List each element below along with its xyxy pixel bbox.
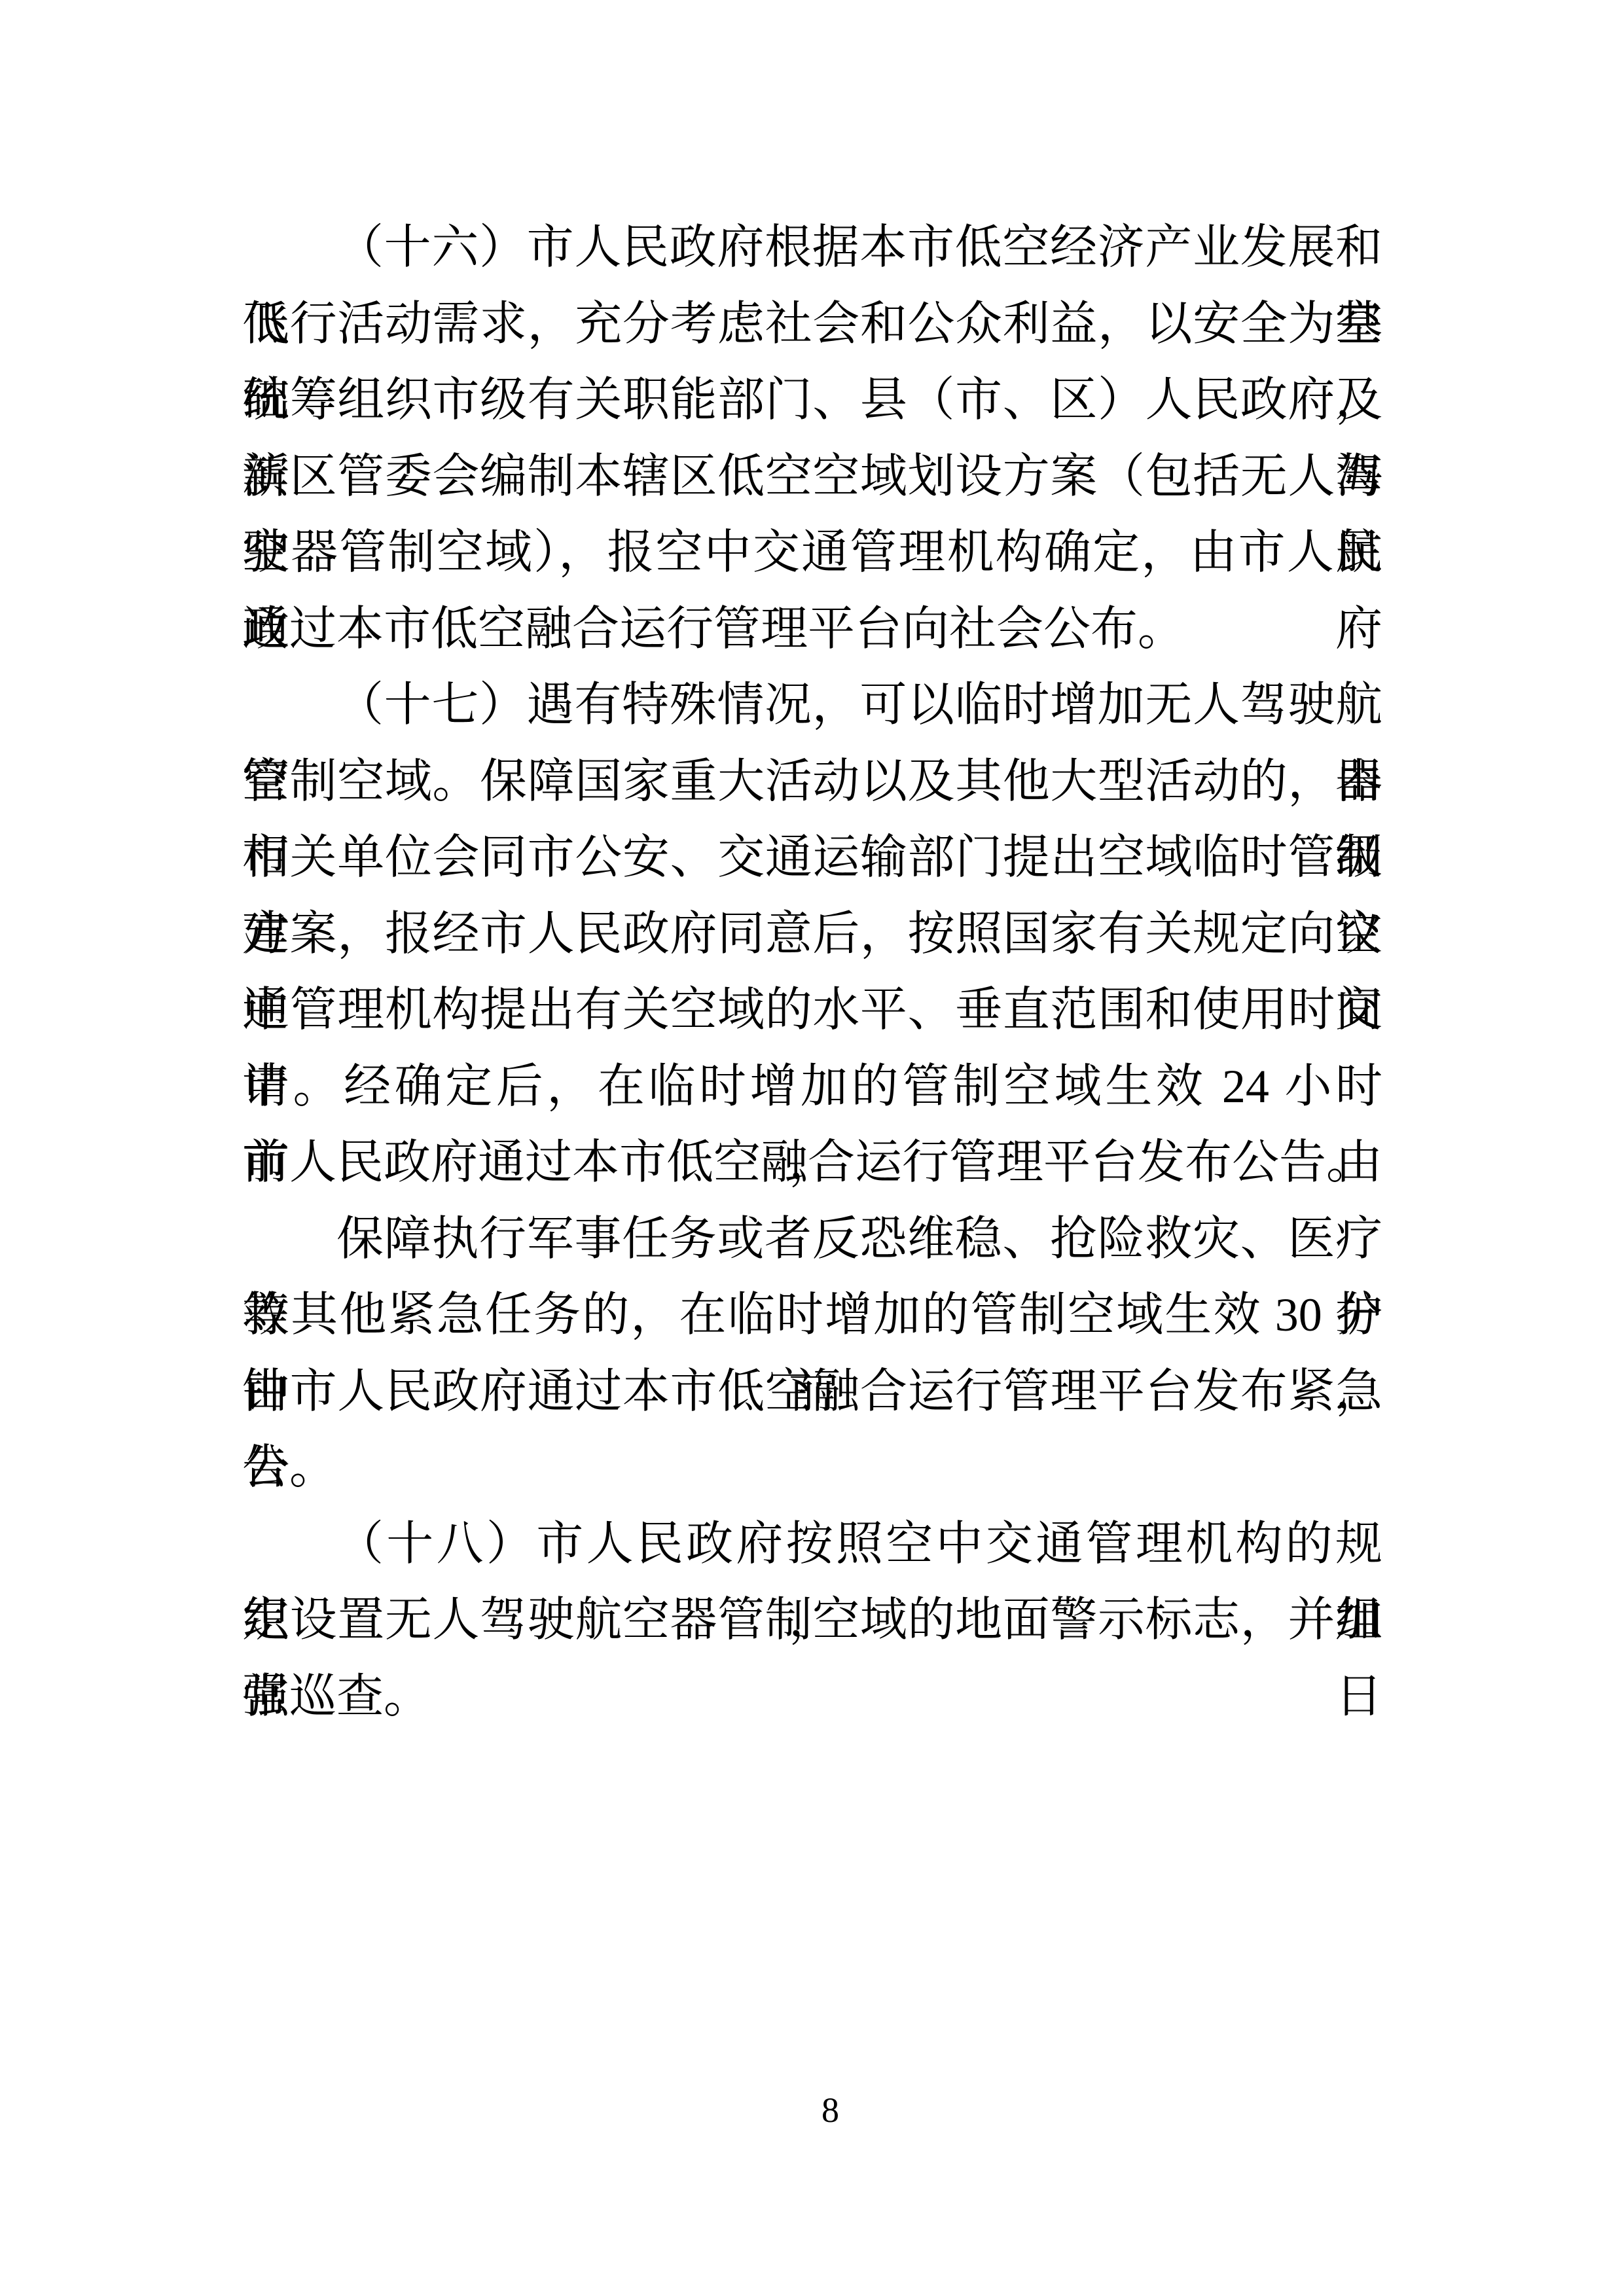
document-line: （十八）市人民政府按照空中交通管理机构的规定，组 [242, 1506, 1382, 1583]
document-line: 飞行活动需求，充分考虑社会和公众利益，以安全为基础， [242, 286, 1382, 363]
paragraph-16: （十六）市人民政府根据本市低空经济产业发展和低空 飞行活动需求，充分考虑社会和公… [242, 209, 1382, 667]
document-body: （十六）市人民政府根据本市低空经济产业发展和低空 飞行活动需求，充分考虑社会和公… [242, 209, 1382, 1734]
document-line: 告。 [242, 1429, 1382, 1506]
document-line: （十六）市人民政府根据本市低空经济产业发展和低空 [242, 209, 1382, 286]
document-line: 等其他紧急任务的，在临时增加的管制空域生效 30 分钟前， [242, 1277, 1382, 1354]
paragraph-emergency: 保障执行军事任务或者反恐维稳、抢险救灾、医疗救护 等其他紧急任务的，在临时增加的… [242, 1201, 1382, 1506]
paragraph-18: （十八）市人民政府按照空中交通管理机构的规定，组 织设置无人驾驶航空器管制空域的… [242, 1506, 1382, 1735]
document-line: 由市人民政府通过本市低空融合运行管理平台发布紧急公 [242, 1354, 1382, 1430]
document-line: 方案，报经市人民政府同意后，按照国家有关规定向空中交 [242, 896, 1382, 973]
document-line: 相关单位会同市公安、交通运输部门提出空域临时管制建议 [242, 819, 1382, 896]
document-line: 请。经确定后，在临时增加的管制空域生效 24 小时前，由 [242, 1049, 1382, 1125]
document-line: 管制空域。保障国家重大活动以及其他大型活动的，由市级 [242, 744, 1382, 820]
document-line: 新区管委会编制本辖区低空空域划设方案（包括无人驾驶航 [242, 439, 1382, 515]
document-line: （十七）遇有特殊情况，可以临时增加无人驾驶航空器 [242, 667, 1382, 744]
page-number: 8 [18, 2089, 1624, 2132]
document-line: 统筹组织市级有关职能部门、县（市、区）人民政府及滨海 [242, 362, 1382, 439]
document-line: 通管理机构提出有关空域的水平、垂直范围和使用时间申 [242, 972, 1382, 1049]
document-page: （十六）市人民政府根据本市低空经济产业发展和低空 飞行活动需求，充分考虑社会和公… [0, 0, 1624, 2296]
paragraph-17: （十七）遇有特殊情况，可以临时增加无人驾驶航空器 管制空域。保障国家重大活动以及… [242, 667, 1382, 1201]
document-line: 保障执行军事任务或者反恐维稳、抢险救灾、医疗救护 [242, 1201, 1382, 1278]
document-line: 空器管制空域），报空中交通管理机构确定，由市人民政府 [242, 514, 1382, 591]
document-line: 织设置无人驾驶航空器管制空域的地面警示标志，并加强日 [242, 1582, 1382, 1659]
document-line: 市人民政府通过本市低空融合运行管理平台发布公告。 [242, 1124, 1382, 1201]
